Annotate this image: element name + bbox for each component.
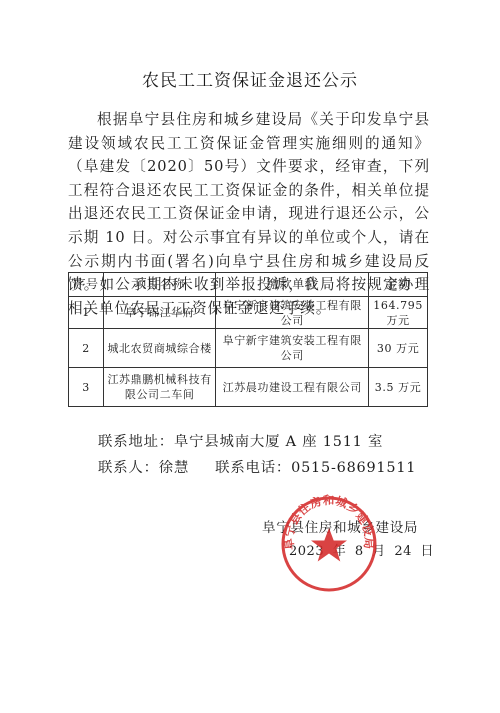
address-label: 联系地址： <box>98 434 174 450</box>
contact-address-line: 联系地址：阜宁县城南大厦 A 座 1511 室 <box>98 430 383 451</box>
table-row: 3 江苏鼎鹏机械科技有限公司二车间 江苏晨功建设工程有限公司 3.5 万元 <box>69 368 428 407</box>
cell-amount: 164.795 万元 <box>369 297 428 329</box>
header-payer: 缴款单位 <box>216 273 369 297</box>
cell-index: 3 <box>69 368 104 407</box>
table-row: 2 城北农贸商城综合楼 阜宁新宇建筑安装工程有限公司 30 万元 <box>69 329 428 368</box>
contact-person-line: 联系人：徐慧联系电话：0515-68691511 <box>98 456 416 477</box>
official-seal-stamp: 阜宁县住房和城乡建设局 <box>279 494 379 594</box>
header-amount: 金额 <box>369 273 428 297</box>
phone-value: 0515-68691511 <box>291 460 416 476</box>
table-row: 1 阜宁锦江华府 阜宁新宇建筑安装工程有限公司 164.795 万元 <box>69 297 428 329</box>
cell-index: 2 <box>69 329 104 368</box>
cell-amount: 30 万元 <box>369 329 428 368</box>
cell-project: 城北农贸商城综合楼 <box>104 329 216 368</box>
cell-payer: 阜宁新宇建筑安装工程有限公司 <box>216 297 369 329</box>
address-value: 阜宁县城南大厦 A 座 1511 室 <box>174 434 383 450</box>
cell-project: 江苏鼎鹏机械科技有限公司二车间 <box>104 368 216 407</box>
cell-payer: 江苏晨功建设工程有限公司 <box>216 368 369 407</box>
person-label: 联系人： <box>98 460 159 476</box>
cell-amount: 3.5 万元 <box>369 368 428 407</box>
phone-label: 联系电话： <box>215 460 291 476</box>
header-project: 项目名称 <box>104 273 216 297</box>
cell-payer: 阜宁新宇建筑安装工程有限公司 <box>216 329 369 368</box>
person-value: 徐慧 <box>159 460 189 476</box>
cell-index: 1 <box>69 297 104 329</box>
header-index: 序号 <box>69 273 104 297</box>
table-header-row: 序号 项目名称 缴款单位 金额 <box>69 273 428 297</box>
refund-table: 序号 项目名称 缴款单位 金额 1 阜宁锦江华府 阜宁新宇建筑安装工程有限公司 … <box>68 272 428 407</box>
cell-project: 阜宁锦江华府 <box>104 297 216 329</box>
seal-icon: 阜宁县住房和城乡建设局 <box>279 494 379 594</box>
notice-title: 农民工工资保证金退还公示 <box>0 66 500 91</box>
